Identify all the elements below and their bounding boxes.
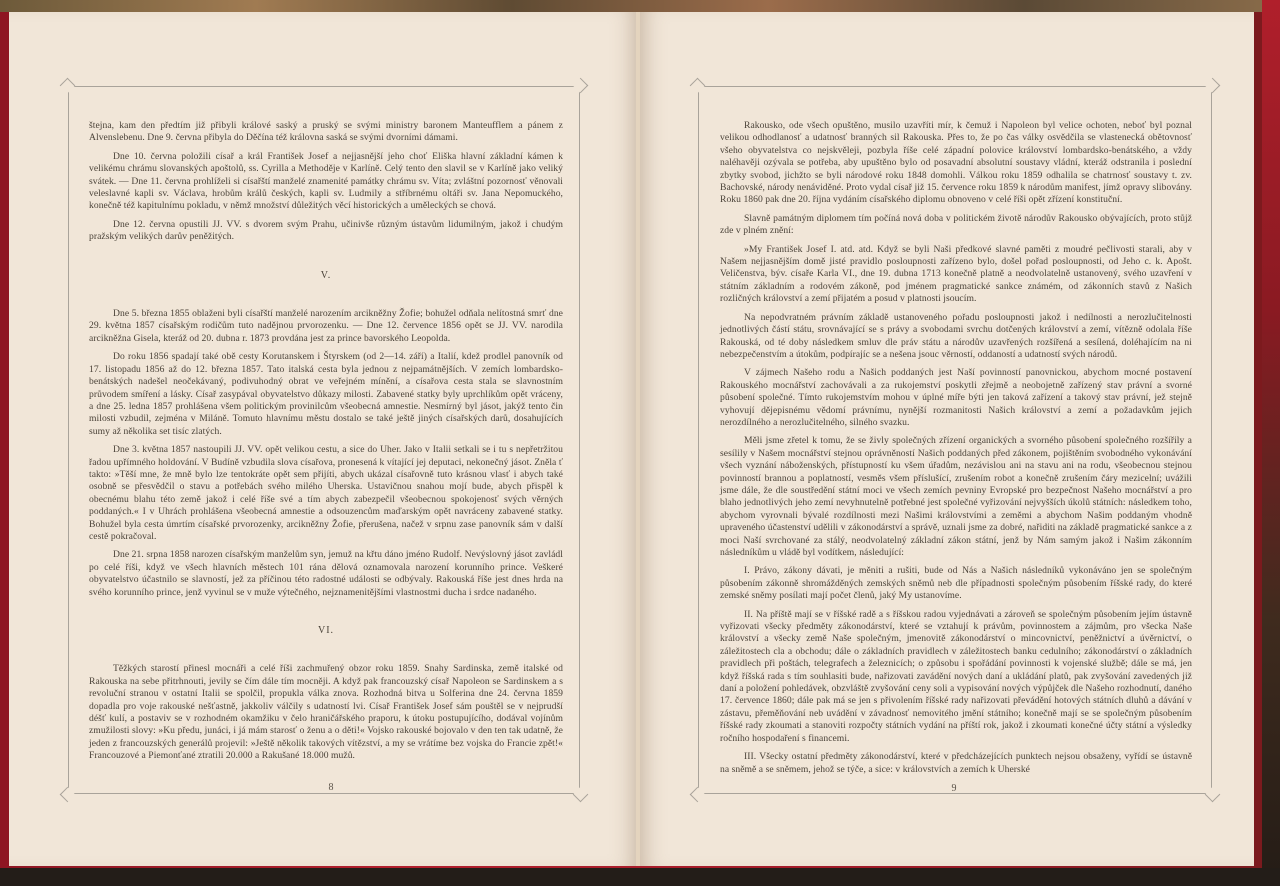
left-page: štejna, kam den předtím již přibyli král… — [9, 12, 637, 866]
frame-corner-ornament — [573, 78, 589, 94]
paragraph: Rakousko, ode všech opuštěno, musilo uza… — [720, 120, 1192, 207]
paragraph: štejna, kam den předtím již přibyli král… — [89, 120, 563, 145]
paragraph: Dne 10. června položili císař a král Fra… — [89, 151, 563, 213]
paragraph: Na nepodvratném právním základě ustanove… — [720, 312, 1192, 362]
frame-corner-ornament — [1205, 78, 1221, 94]
right-page: Rakousko, ode všech opuštěno, musilo uza… — [640, 12, 1254, 866]
paragraph: Dne 21. srpna 1858 narozen císařským man… — [89, 549, 563, 599]
page-number: 8 — [311, 782, 351, 793]
paragraph: Do roku 1856 spadají také obě cesty Koru… — [89, 351, 563, 438]
paragraph: III. Všecky ostatní předměty zákonodárst… — [720, 751, 1192, 776]
paragraph: Dne 3. května 1857 nastoupili JJ. VV. op… — [89, 444, 563, 543]
cover-top-edge — [0, 0, 1280, 12]
paragraph: Těžkých starostí přinesl mocnáři a celé … — [89, 663, 563, 762]
cover-right-edge — [1262, 0, 1280, 886]
frame-corner-ornament — [690, 787, 706, 803]
section-heading-vi: VI. — [89, 625, 563, 637]
frame-corner-ornament — [60, 787, 76, 803]
paragraph: Měli jsme zřetel k tomu, že se živly spo… — [720, 435, 1192, 559]
paragraph: I. Právo, zákony dávati, je měniti a ruš… — [720, 565, 1192, 602]
paragraph: Slavně památným diplomem tím počíná nová… — [720, 213, 1192, 238]
frame-corner-ornament — [690, 78, 706, 94]
cover-bottom-edge — [0, 868, 1280, 886]
paragraph: Dne 12. června opustili JJ. VV. s dvorem… — [89, 219, 563, 244]
section-heading-v: V. — [89, 270, 563, 282]
paragraph: Dne 5. března 1855 oblaženi byli císařšt… — [89, 308, 563, 345]
paragraph: II. Na příště mají se v říšské radě a s … — [720, 609, 1192, 745]
frame-corner-ornament — [1205, 787, 1221, 803]
paragraph: V zájmech Našeho rodu a Našich poddaných… — [720, 367, 1192, 429]
left-page-text: štejna, kam den předtím již přibyli král… — [89, 120, 563, 769]
paragraph: »My František Josef I. atd. atd. Když se… — [720, 244, 1192, 306]
frame-corner-ornament — [573, 787, 589, 803]
right-page-text: Rakousko, ode všech opuštěno, musilo uza… — [720, 120, 1192, 782]
page-number: 9 — [934, 783, 974, 794]
frame-corner-ornament — [60, 78, 76, 94]
